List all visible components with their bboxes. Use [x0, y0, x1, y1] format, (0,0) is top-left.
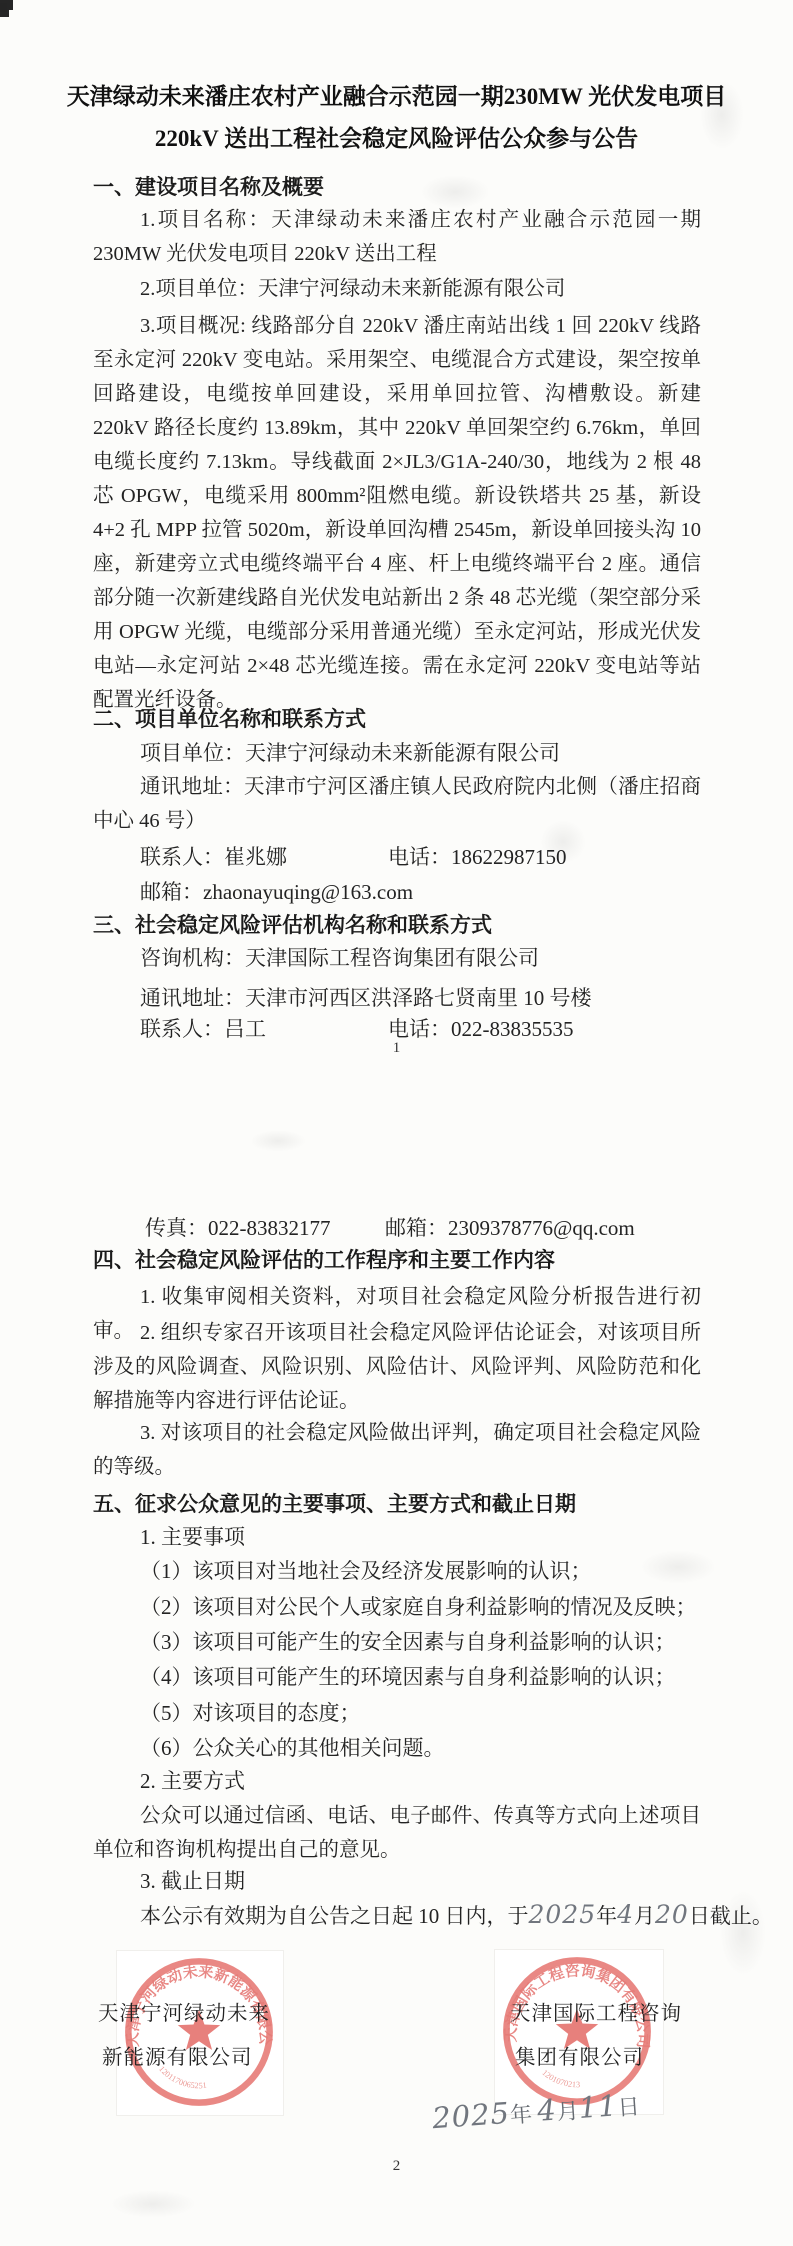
- signer-right-name-line2: 集团有限公司: [515, 2040, 644, 2070]
- page2-number: 2: [0, 2158, 793, 2175]
- section5-heading: 五、征求公众意见的主要事项、主要方式和截止日期: [93, 1488, 576, 1518]
- seal-serial-right: 1201070213: [540, 2068, 580, 2089]
- scan-smudge: [110, 2190, 196, 2218]
- handwritten-sign-date: 2025年 4月11日: [431, 2087, 641, 2135]
- sign-date-year: 2025: [431, 2096, 511, 2135]
- section3-contact-person: 联系人：吕工: [93, 1013, 266, 1043]
- section2-unit: 项目单位：天津宁河绿动未来新能源有限公司: [93, 737, 793, 767]
- sign-date-day: 11: [578, 2088, 619, 2125]
- sign-date-day-label: 日: [617, 2094, 641, 2120]
- opinion-item-6: （6）公众关心的其他相关问题。: [93, 1732, 793, 1762]
- opinion-item-5: （5）对该项目的态度；: [93, 1697, 793, 1727]
- document-title-line1: 天津绿动未来潘庄农村产业融合示范园一期230MW 光伏发电项目: [0, 78, 793, 111]
- section2-heading: 二、项目单位名称和联系方式: [93, 703, 366, 733]
- section1-heading: 一、建设项目名称及概要: [93, 171, 324, 201]
- page2-fax-email-row: 传真：022-83832177 邮箱：2309378776@qq.com: [93, 1212, 733, 1242]
- section2-contact-person: 联系人：崔兆娜: [93, 841, 287, 871]
- section1-paragraph-2: 2.项目单位：天津宁河绿动未来新能源有限公司: [93, 272, 701, 306]
- section3-org: 咨询机构：天津国际工程咨询集团有限公司: [93, 942, 793, 972]
- section4-paragraph-2: 2. 组织专家召开该项目社会稳定风险评估论证会，对该项目所涉及的风险调查、风险识…: [93, 1316, 701, 1418]
- section5-sub3: 3. 截止日期: [93, 1865, 793, 1895]
- section2-contact-row: 联系人：崔兆娜 电话：18622987150: [93, 841, 733, 871]
- page1-number: 1: [0, 1040, 793, 1057]
- fax-number: 传真：022-83832177: [93, 1212, 331, 1242]
- signer-left-name-line2: 新能源有限公司: [102, 2040, 253, 2070]
- opinion-item-2: （2）该项目对公民个人或家庭自身利益影响的情况及反映；: [93, 1591, 793, 1621]
- handwritten-month: 4: [617, 1900, 634, 1929]
- section3-phone: 电话：022-83835535: [388, 1013, 574, 1043]
- signer-right-name-line1: 天津国际工程咨询: [510, 1996, 682, 2026]
- section5-method-paragraph: 公众可以通过信函、电话、电子邮件、传真等方式向上述项目单位和咨询机构提出自己的意…: [93, 1799, 701, 1867]
- opinion-item-1: （1）该项目对当地社会及经济发展影响的认识；: [93, 1555, 793, 1585]
- page2-email: 邮箱：2309378776@qq.com: [385, 1212, 635, 1242]
- deadline-year-label: 年: [596, 1904, 617, 1928]
- section2-email: 邮箱：zhaonayuqing@163.com: [93, 876, 793, 906]
- section3-address: 通讯地址：天津市河西区洪泽路七贤南里 10 号楼: [93, 982, 793, 1012]
- section4-paragraph-3: 3. 对该项目的社会稳定风险做出评判，确定项目社会稳定风险的等级。: [93, 1416, 701, 1484]
- sign-date-month: 4: [536, 2093, 558, 2128]
- sign-date-month-label: 月: [556, 2098, 580, 2124]
- scan-speck: [0, 0, 4, 6]
- section3-heading: 三、社会稳定风险评估机构名称和联系方式: [93, 909, 492, 939]
- signer-left-name-line1: 天津宁河绿动未来: [98, 1996, 270, 2026]
- section1-paragraph-1: 1.项目名称：天津绿动未来潘庄农村产业融合示范园一期 230MW 光伏发电项目 …: [93, 203, 701, 271]
- sign-date-year-label: 年: [509, 2101, 533, 2127]
- svg-text:1201070213: 1201070213: [540, 2068, 580, 2089]
- company-seal-left: 天津宁河绿动未来新能源有限公司 1201170065251: [120, 1953, 278, 2111]
- section1-paragraph-3: 3.项目概况: 线路部分自 220kV 潘庄南站出线 1 回 220kV 线路至…: [93, 309, 701, 717]
- handwritten-year: 2025: [529, 1900, 597, 1929]
- deadline-line: 本公示有效期为自公告之日起 10 日内，于2025年4月20日截止。: [93, 1900, 793, 1930]
- deadline-text-suffix: 日截止。: [689, 1904, 773, 1928]
- section4-heading: 四、社会稳定风险评估的工作程序和主要工作内容: [93, 1244, 555, 1274]
- document-title-line2: 220kV 送出工程社会稳定风险评估公众参与公告: [0, 120, 793, 153]
- section5-sub2: 2. 主要方式: [93, 1765, 793, 1795]
- scanned-announcement-document: 天津绿动未来潘庄农村产业融合示范园一期230MW 光伏发电项目 220kV 送出…: [0, 0, 793, 2246]
- section2-phone: 电话：18622987150: [388, 841, 567, 871]
- scan-smudge: [250, 1130, 306, 1152]
- opinion-item-3: （3）该项目可能产生的安全因素与自身利益影响的认识；: [93, 1626, 793, 1656]
- opinion-item-4: （4）该项目可能产生的环境因素与自身利益影响的认识；: [93, 1661, 793, 1691]
- deadline-text-prefix: 本公示有效期为自公告之日起 10 日内，于: [140, 1904, 529, 1928]
- handwritten-day: 20: [655, 1900, 689, 1929]
- section5-sub1: 1. 主要事项: [93, 1521, 793, 1551]
- deadline-month-label: 月: [634, 1904, 655, 1928]
- section3-contact-row: 联系人：吕工 电话：022-83835535: [93, 1013, 733, 1043]
- section2-address: 通讯地址：天津市宁河区潘庄镇人民政府院内北侧（潘庄招商中心 46 号）: [93, 770, 701, 838]
